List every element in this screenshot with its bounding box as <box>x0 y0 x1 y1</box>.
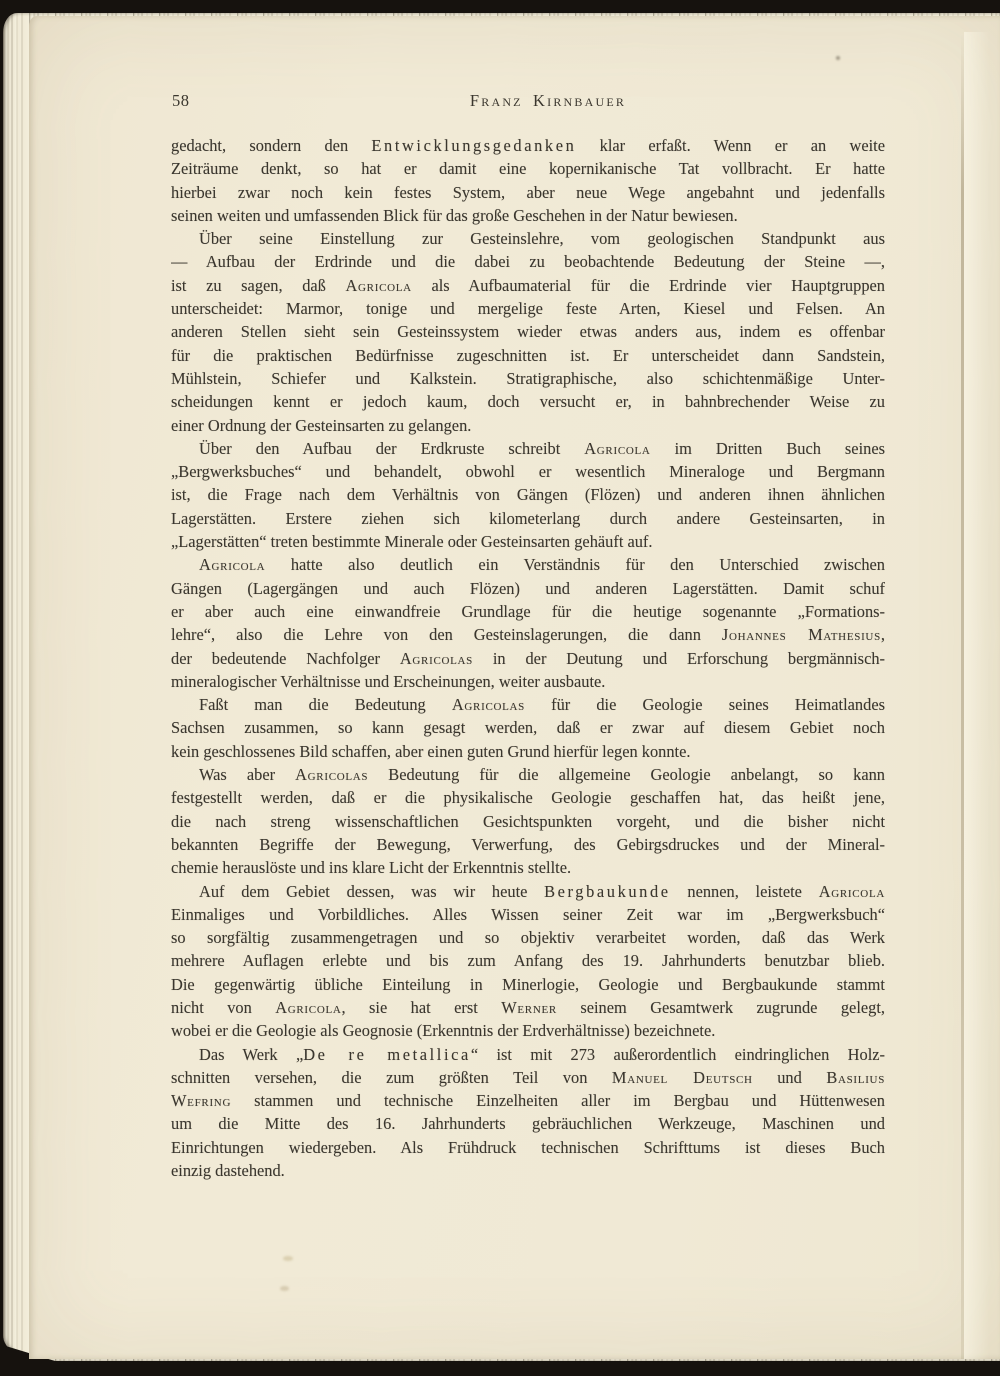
body-text: gedacht, sondern den Entwicklungsgedanke… <box>171 134 885 1182</box>
small-caps-name: Manuel Deutsch <box>612 1068 753 1087</box>
text-line: „Bergwerksbuches“ und behandelt, obwohl … <box>171 460 885 483</box>
text-segment: nennen, leistete <box>671 882 819 901</box>
text-segment: der bedeutende Nachfolger <box>171 649 400 668</box>
letterspaced-term: De re metallica <box>303 1045 471 1064</box>
text-segment: kein geschlossenes Bild schaffen, aber e… <box>171 742 690 761</box>
text-line: die nach streng wissenschaftlichen Gesic… <box>171 810 885 833</box>
text-line: Auf dem Gebiet dessen, was wir heute Ber… <box>171 880 885 903</box>
text-line: er aber auch eine einwandfreie Grundlage… <box>171 600 885 623</box>
text-segment: anderen Stellen sieht sein Gesteinssyste… <box>171 322 885 341</box>
text-line: Agricola hatte also deutlich ein Verstän… <box>171 553 885 576</box>
text-segment: für die praktischen Bedürfnisse zugeschn… <box>171 346 885 365</box>
text-line: Zeiträume denkt, so hat er damit eine ko… <box>171 157 885 180</box>
text-segment: er aber auch eine einwandfreie Grundlage… <box>171 602 885 621</box>
text-segment: und <box>753 1068 827 1087</box>
text-segment: Was aber <box>199 765 295 784</box>
text-line: chemie herauslöste und ins klare Licht d… <box>171 856 885 879</box>
text-line: wobei er die Geologie als Geognosie (Erk… <box>171 1019 885 1042</box>
text-segment: Zeiträume denkt, so hat er damit eine ko… <box>171 159 885 178</box>
pencil-smudge <box>283 1256 293 1261</box>
paragraph: Was aber Agricolas Bedeutung für die all… <box>171 763 885 879</box>
pencil-smudge <box>280 1286 289 1291</box>
text-segment: ist zu sagen, daß <box>171 276 346 295</box>
text-line: Faßt man die Bedeutung Agricolas für die… <box>171 693 885 716</box>
letterspaced-term: Entwicklungsgedanken <box>371 136 576 155</box>
text-segment: Bedeutung für die allgemeine Geologie an… <box>368 765 885 784</box>
text-segment: Lagerstätten. Erstere ziehen sich kilome… <box>171 509 885 528</box>
text-segment: mehrere Auflagen erlebte und bis zum Anf… <box>171 951 885 970</box>
text-line: bekannten Begriffe der Bewegung, Verwerf… <box>171 833 885 856</box>
text-segment: Über den Aufbau der Erdkruste schreibt <box>199 439 584 458</box>
text-line: Die gegenwärtig übliche Einteilung in Mi… <box>171 973 885 996</box>
text-segment: scheidungen kennt er jedoch kaum, doch v… <box>171 392 885 411</box>
text-line: Lagerstätten. Erstere ziehen sich kilome… <box>171 507 885 530</box>
page-number: 58 <box>172 91 190 111</box>
text-line: der bedeutende Nachfolger Agricolas in d… <box>171 647 885 670</box>
text-line: Sachsen zusammen, so kann gesagt werden,… <box>171 716 885 739</box>
text-line: so sorgfältig zusammengetragen und so ob… <box>171 926 885 949</box>
text-segment: bekannten Begriffe der Bewegung, Verwerf… <box>171 835 885 854</box>
text-segment: einzig dastehend. <box>171 1161 285 1180</box>
text-segment: „Lagerstätten“ treten bestimmte Minerale… <box>171 532 653 551</box>
text-line: Das Werk „De re metallica“ ist mit 273 a… <box>171 1043 885 1066</box>
text-line: Mühlstein, Schiefer und Kalkstein. Strat… <box>171 367 885 390</box>
small-caps-name: Agricola <box>199 555 265 574</box>
text-line: unterscheidet: Marmor, tonige und mergel… <box>171 297 885 320</box>
text-segment: einer Ordnung der Gesteinsarten zu gelan… <box>171 416 471 435</box>
text-line: festgestellt werden, daß er die physikal… <box>171 786 885 809</box>
small-caps-name: Agricolas <box>452 695 525 714</box>
paragraph: gedacht, sondern den Entwicklungsgedanke… <box>171 134 885 227</box>
text-line: seinen weiten und umfassenden Blick für … <box>171 204 885 227</box>
text-segment: seinen weiten und umfassenden Blick für … <box>171 206 738 225</box>
text-line: gedacht, sondern den Entwicklungsgedanke… <box>171 134 885 157</box>
text-line: Gängen (Lagergängen und auch Flözen) und… <box>171 577 885 600</box>
text-segment: unterscheidet: Marmor, tonige und mergel… <box>171 299 885 318</box>
text-segment: um die Mitte des 16. Jahrhunderts gebräu… <box>171 1114 885 1133</box>
text-line: Über seine Einstellung zur Gesteinslehre… <box>171 227 885 250</box>
text-segment: lehre“, also die Lehre von den Gesteinsl… <box>171 625 722 644</box>
text-line: nicht von Agricola, sie hat erst Werner … <box>171 996 885 1019</box>
text-line: Was aber Agricolas Bedeutung für die all… <box>171 763 885 786</box>
text-segment: ist, die Frage nach dem Verhältnis von G… <box>171 485 885 504</box>
scanned-book-page: 58 Franz Kirnbauer gedacht, sondern den … <box>0 0 1000 1376</box>
right-margin-highlight <box>964 32 1000 1359</box>
text-segment: , <box>881 625 885 644</box>
text-segment: Einrichtungen wiedergeben. Als Frühdruck… <box>171 1138 885 1157</box>
small-caps-name: Agricola <box>584 439 650 458</box>
text-segment: Auf dem Gebiet dessen, was wir heute <box>199 882 544 901</box>
text-segment: “ ist mit 273 außerordentlich eindringli… <box>471 1045 885 1064</box>
text-line: um die Mitte des 16. Jahrhunderts gebräu… <box>171 1112 885 1135</box>
small-caps-name: Agricola <box>346 276 412 295</box>
text-segment: Über seine Einstellung zur Gesteinslehre… <box>199 229 885 248</box>
text-segment: mineralogischer Verhältnisse und Erschei… <box>171 672 605 691</box>
text-line: Über den Aufbau der Erdkruste schreibt A… <box>171 437 885 460</box>
text-line: mehrere Auflagen erlebte und bis zum Anf… <box>171 949 885 972</box>
text-line: einzig dastehend. <box>171 1159 885 1182</box>
text-line: ist, die Frage nach dem Verhältnis von G… <box>171 483 885 506</box>
paragraph: Das Werk „De re metallica“ ist mit 273 a… <box>171 1043 885 1183</box>
paragraph: Auf dem Gebiet dessen, was wir heute Ber… <box>171 880 885 1043</box>
text-segment: als Aufbaumaterial für die Erdrinde vier… <box>412 276 885 295</box>
text-segment: stammen und technische Einzelheiten alle… <box>231 1091 885 1110</box>
text-line: hierbei zwar noch kein festes System, ab… <box>171 181 885 204</box>
text-line: Wefring stammen und technische Einzelhei… <box>171 1089 885 1112</box>
small-caps-name: Agricola <box>275 998 341 1017</box>
text-segment: in der Deutung und Erforschung bergmänni… <box>473 649 885 668</box>
letterspaced-term: Bergbaukunde <box>544 882 671 901</box>
paragraph: Über seine Einstellung zur Gesteinslehre… <box>171 227 885 437</box>
text-line: scheidungen kennt er jedoch kaum, doch v… <box>171 390 885 413</box>
text-segment: — Aufbau der Erdrinde und die dabei zu b… <box>171 252 885 271</box>
text-line: Einrichtungen wiedergeben. Als Frühdruck… <box>171 1136 885 1159</box>
running-head: Franz Kirnbauer <box>171 91 885 111</box>
text-segment: wobei er die Geologie als Geognosie (Erk… <box>171 1021 715 1040</box>
text-segment: Faßt man die Bedeutung <box>199 695 452 714</box>
text-line: „Lagerstätten“ treten bestimmte Minerale… <box>171 530 885 553</box>
text-segment: die nach streng wissenschaftlichen Gesic… <box>171 812 885 831</box>
text-line: lehre“, also die Lehre von den Gesteinsl… <box>171 623 885 646</box>
small-caps-name: Wefring <box>171 1091 231 1110</box>
small-caps-name: Werner <box>501 998 557 1017</box>
small-caps-name: Johannes Mathesius <box>722 625 881 644</box>
text-segment: schnitten versehen, die zum größten Teil… <box>171 1068 612 1087</box>
text-segment: für die Geologie seines Heimatlandes <box>525 695 885 714</box>
small-caps-name: Agricolas <box>295 765 368 784</box>
page-crease <box>961 34 964 1359</box>
text-line: ist zu sagen, daß Agricola als Aufbaumat… <box>171 274 885 297</box>
text-segment: seinem Gesamtwerk zugrunde gelegt, <box>557 998 885 1017</box>
text-line: kein geschlossenes Bild schaffen, aber e… <box>171 740 885 763</box>
text-line: anderen Stellen sieht sein Gesteinssyste… <box>171 320 885 343</box>
small-caps-name: Agricolas <box>400 649 473 668</box>
text-segment: Das Werk „ <box>199 1045 303 1064</box>
text-line: Einmaliges und Vorbildliches. Alles Wiss… <box>171 903 885 926</box>
text-line: mineralogischer Verhältnisse und Erschei… <box>171 670 885 693</box>
text-segment: so sorgfältig zusammengetragen und so ob… <box>171 928 885 947</box>
text-segment: hatte also deutlich ein Verständnis für … <box>265 555 885 574</box>
text-segment: im Dritten Buch seines <box>651 439 885 458</box>
text-segment: chemie herauslöste und ins klare Licht d… <box>171 858 571 877</box>
text-segment: „Bergwerksbuches“ und behandelt, obwohl … <box>171 462 885 481</box>
text-segment: klar erfaßt. Wenn er an weite <box>576 136 885 155</box>
text-line: schnitten versehen, die zum größten Teil… <box>171 1066 885 1089</box>
paragraph: Faßt man die Bedeutung Agricolas für die… <box>171 693 885 763</box>
text-line: für die praktischen Bedürfnisse zugeschn… <box>171 344 885 367</box>
text-segment: hierbei zwar noch kein festes System, ab… <box>171 183 885 202</box>
text-segment: Einmaliges und Vorbildliches. Alles Wiss… <box>171 905 885 924</box>
text-segment: Gängen (Lagergängen und auch Flözen) und… <box>171 579 885 598</box>
text-line: — Aufbau der Erdrinde und die dabei zu b… <box>171 250 885 273</box>
small-caps-name: Basilius <box>826 1068 885 1087</box>
ink-speck <box>836 56 840 60</box>
text-segment: Sachsen zusammen, so kann gesagt werden,… <box>171 718 885 737</box>
text-segment: Die gegenwärtig übliche Einteilung in Mi… <box>171 975 885 994</box>
text-segment: nicht von <box>171 998 275 1017</box>
page-header: 58 Franz Kirnbauer <box>171 91 885 115</box>
text-segment: , sie hat erst <box>342 998 502 1017</box>
text-segment: Mühlstein, Schiefer und Kalkstein. Strat… <box>171 369 885 388</box>
paragraph: Agricola hatte also deutlich ein Verstän… <box>171 553 885 693</box>
paragraph: Über den Aufbau der Erdkruste schreibt A… <box>171 437 885 553</box>
text-segment: gedacht, sondern den <box>171 136 371 155</box>
text-segment: festgestellt werden, daß er die physikal… <box>171 788 885 807</box>
text-line: einer Ordnung der Gesteinsarten zu gelan… <box>171 414 885 437</box>
small-caps-name: Agricola <box>819 882 885 901</box>
